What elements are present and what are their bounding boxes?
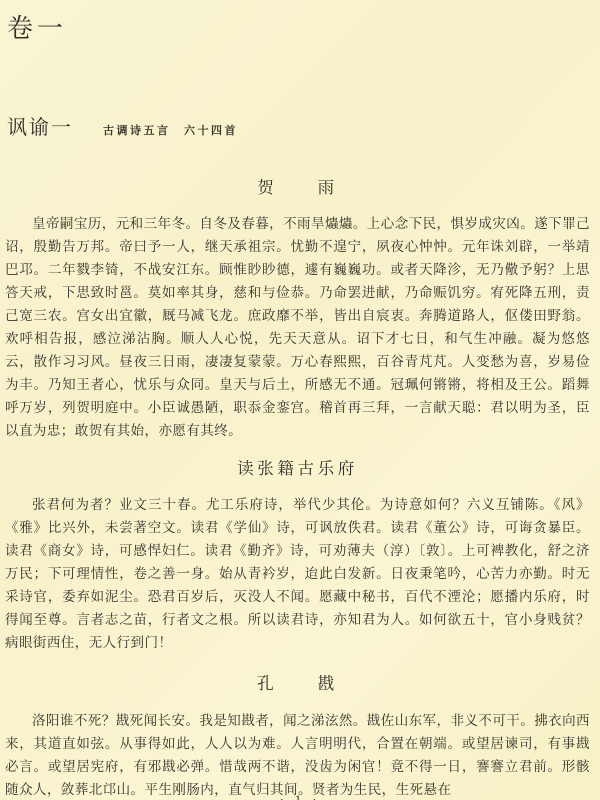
volume-title: 卷一 bbox=[5, 8, 590, 45]
section-header: 讽谕一 古调诗五言 六十四首 bbox=[5, 111, 590, 140]
poem-title-he-yu: 贺 雨 bbox=[5, 174, 590, 198]
book-page: 卷一 讽谕一 古调诗五言 六十四首 贺 雨 皇帝嗣宝历，元和三年冬。自冬及春暮，… bbox=[0, 0, 600, 800]
poem-text-du-zhangji-gu-yuefu: 张君何为者？业文三十春。尤工乐府诗，举代少其伦。为诗意如何？六义互铺陈。《风》《… bbox=[5, 493, 590, 654]
poem-title-kong-kan: 孔 戡 bbox=[5, 670, 590, 694]
section-subtitle: 古调诗五言 六十四首 bbox=[103, 122, 238, 138]
section-title: 讽谕一 bbox=[7, 111, 73, 140]
poem-text-he-yu: 皇帝嗣宝历，元和三年冬。自冬及春暮，不雨旱爞爞。上心念下民，惧岁成灾凶。遂下罪己… bbox=[5, 212, 590, 442]
poem-text-kong-kan: 洛阳谁不死？戡死闻长安。我是知戡者，闻之涕泫然。戡佐山东军，非义不可干。拂衣向西… bbox=[5, 709, 590, 800]
poem-title-du-zhangji-gu-yuefu: 读张籍古乐府 bbox=[5, 455, 590, 479]
page-number: · 1 · bbox=[0, 793, 600, 800]
